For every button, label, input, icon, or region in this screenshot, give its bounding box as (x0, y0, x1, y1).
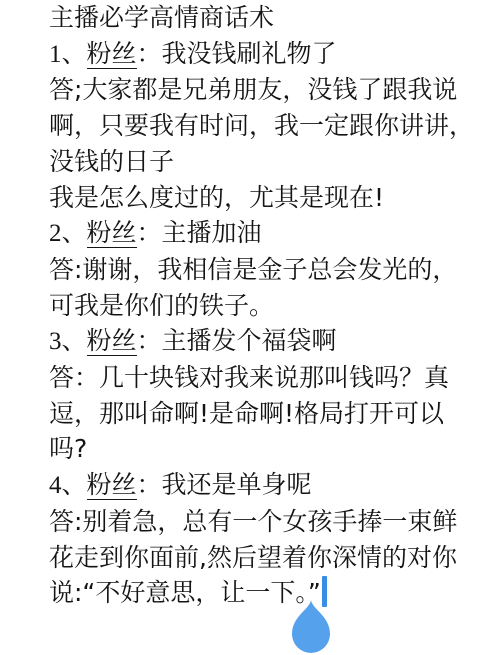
text-segment: ：我还是单身呢 (137, 470, 312, 499)
text-line-answer[interactable]: 吗? (49, 431, 472, 467)
text-line-answer[interactable]: 啊，只要我有时问，我一定跟你讲讲， (49, 108, 472, 144)
text-line-answer[interactable]: 说:“不好意思，让一下。” (49, 575, 472, 611)
text-segment: 没钱的日子 (49, 147, 174, 176)
text-segment: 主播必学高情商话术 (49, 3, 274, 32)
text-line-answer[interactable]: 逗，那叫命啊!是命啊!格局打开可以 (49, 396, 472, 432)
text-segment: 4、 (49, 472, 87, 499)
text-editor-area[interactable]: 主播必学高情商话术1、粉丝：我没钱刷礼物了答;大家都是兄弟朋友，没钱了跟我说啊，… (49, 0, 472, 611)
text-segment: 答:谢谢，我相信是金子总会发光的， (49, 255, 457, 284)
text-line-answer[interactable]: 我是怎么度过的，尤其是现在! (49, 180, 472, 216)
text-segment: 2、 (49, 220, 87, 247)
underlined-word: 粉丝 (87, 39, 137, 69)
text-line-answer[interactable]: 没钱的日子 (49, 144, 472, 180)
text-line-answer[interactable]: 可我是你们的铁子。 (49, 288, 472, 324)
text-line-question[interactable]: 2、粉丝：主播加油 (49, 215, 472, 252)
document-page: 主播必学高情商话术1、粉丝：我没钱刷礼物了答;大家都是兄弟朋友，没钱了跟我说啊，… (0, 0, 500, 655)
text-line-answer[interactable]: 答：几十块钱对我来说那叫钱吗？真 (49, 360, 472, 396)
text-line-question[interactable]: 4、粉丝：我还是单身呢 (49, 467, 472, 504)
text-line-question[interactable]: 1、粉丝：我没钱刷礼物了 (49, 36, 472, 73)
text-line-answer[interactable]: 花走到你面前,然后望着你深情的对你 (49, 540, 472, 576)
text-segment: ：主播加油 (137, 218, 262, 247)
text-line-answer[interactable]: 答:谢谢，我相信是金子总会发光的， (49, 252, 472, 288)
underlined-word: 粉丝 (87, 470, 137, 500)
text-segment: 啊，只要我有时问，我一定跟你讲讲， (49, 111, 474, 140)
text-segment: 答：几十块钱对我来说那叫钱吗？真 (49, 363, 449, 392)
text-line-answer[interactable]: 答:别着急，总有一个女孩手捧一束鲜 (49, 504, 472, 540)
text-line-title[interactable]: 主播必学高情商话术 (49, 0, 472, 36)
text-segment: ：主播发个福袋啊 (137, 326, 337, 355)
text-segment: 吗? (49, 434, 87, 463)
text-segment: ：我没钱刷礼物了 (137, 39, 337, 68)
text-segment: 我是怎么度过的，尤其是现在! (49, 183, 384, 212)
text-segment: 逗，那叫命啊!是命啊!格局打开可以 (49, 399, 444, 428)
text-segment: 可我是你们的铁子。 (49, 291, 274, 320)
water-drop-icon (289, 600, 333, 655)
text-segment: 3、 (49, 328, 87, 355)
text-line-answer[interactable]: 答;大家都是兄弟朋友，没钱了跟我说 (49, 72, 472, 108)
text-segment: 1、 (49, 41, 87, 68)
underlined-word: 粉丝 (87, 218, 137, 248)
text-segment: 答:别着急，总有一个女孩手捧一束鲜 (49, 507, 457, 536)
text-segment: 花走到你面前,然后望着你深情的对你 (49, 543, 457, 572)
text-segment: 答;大家都是兄弟朋友，没钱了跟我说 (49, 75, 457, 104)
underlined-word: 粉丝 (87, 326, 137, 356)
text-segment: 说:“不好意思，让一下。” (49, 578, 321, 607)
text-line-question[interactable]: 3、粉丝：主播发个福袋啊 (49, 323, 472, 360)
cursor-drop-handle[interactable] (289, 600, 333, 655)
